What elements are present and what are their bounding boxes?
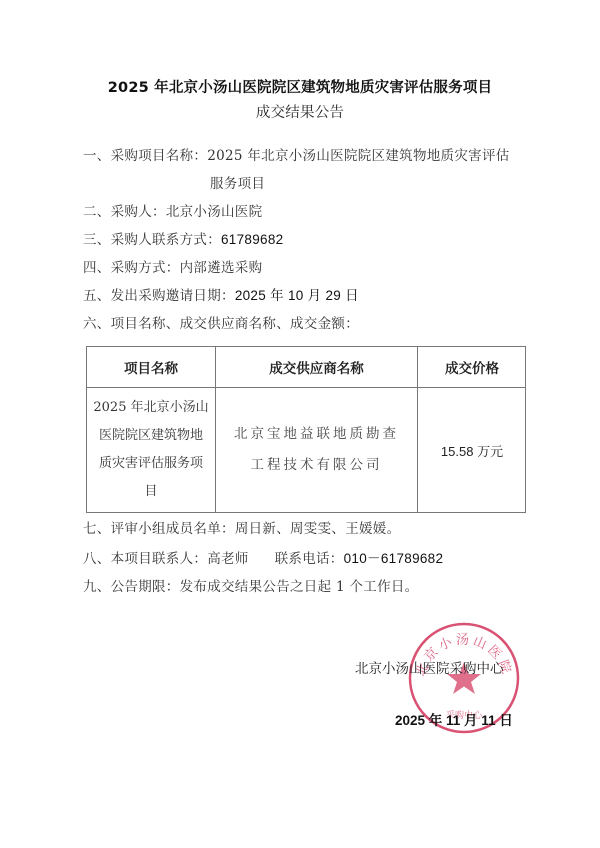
document-subtitle: 成交结果公告	[0, 101, 600, 122]
item-purchaser: 二、采购人：北京小汤山医院	[83, 200, 262, 220]
item-label: 三、采购人联系方式：	[83, 232, 221, 248]
result-table: 项目名称 成交供应商名称 成交价格 2025 年北京小汤山医院院区建筑物地质灾害…	[86, 346, 526, 513]
item-value: 内部遴选采购	[180, 260, 263, 276]
item-label: 九、公告期限：	[83, 579, 180, 595]
item-label: 四、采购方式：	[83, 260, 180, 276]
table-cell-supplier: 北京宝地益联地质勘查工程技术有限公司	[216, 388, 417, 512]
item-value: 2025 年 10 月 29 日	[235, 288, 359, 303]
issuer-signature: 北京小汤山医院采购中心	[355, 657, 504, 677]
item-label: 一、采购项目名称：	[83, 148, 207, 164]
item-label: 六、项目名称、成交供应商名称、成交金额：	[83, 316, 359, 332]
item-label: 五、发出采购邀请日期：	[83, 288, 235, 304]
item-value: 周日新、周雯雯、王媛媛。	[235, 521, 401, 537]
issue-date: 2025 年 11 月 11 日	[395, 709, 513, 729]
item-invitation-date: 五、发出采购邀请日期：2025 年 10 月 29 日	[83, 284, 359, 304]
document-page: 2025 年北京小汤山医院院区建筑物地质灾害评估服务项目 成交结果公告 一、采购…	[0, 0, 600, 848]
phone-label: 联系电话：	[275, 551, 344, 567]
item-procurement-method: 四、采购方式：内部遴选采购	[83, 256, 262, 276]
item-project-name-continued: 服务项目	[210, 172, 265, 192]
item-value: 61789682	[221, 232, 283, 247]
item-purchaser-contact: 三、采购人联系方式：61789682	[83, 228, 283, 248]
table-header-price: 成交价格	[418, 347, 526, 387]
item-label: 八、本项目联系人：	[83, 551, 207, 567]
item-review-panel: 七、评审小组成员名单：周日新、周雯雯、王媛媛。	[83, 517, 400, 537]
table-cell-project: 2025 年北京小汤山医院院区建筑物地质灾害评估服务项目	[87, 388, 215, 512]
phone-value: 010－61789682	[344, 551, 444, 566]
table-cell-price: 15.58 万元	[418, 388, 526, 512]
table-header-supplier: 成交供应商名称	[216, 347, 417, 387]
item-project-name: 一、采购项目名称：2025 年北京小汤山医院院区建筑物地质灾害评估	[83, 144, 510, 164]
table-header-project: 项目名称	[87, 347, 215, 387]
item-label: 二、采购人：	[83, 204, 166, 220]
item-value: 2025 年北京小汤山医院院区建筑物地质灾害评估	[207, 148, 509, 164]
item-label: 七、评审小组成员名单：	[83, 521, 235, 537]
item-value: 高老师	[207, 551, 248, 567]
item-value: 北京小汤山医院	[166, 204, 263, 220]
item-value: 发布成交结果公告之日起 1 个工作日。	[180, 579, 419, 595]
document-title: 2025 年北京小汤山医院院区建筑物地质灾害评估服务项目	[0, 76, 600, 97]
item-announcement-period: 九、公告期限：发布成交结果公告之日起 1 个工作日。	[83, 575, 418, 595]
item-contact-person: 八、本项目联系人：高老师联系电话：010－61789682	[83, 547, 443, 567]
item-result-summary: 六、项目名称、成交供应商名称、成交金额：	[83, 312, 359, 332]
